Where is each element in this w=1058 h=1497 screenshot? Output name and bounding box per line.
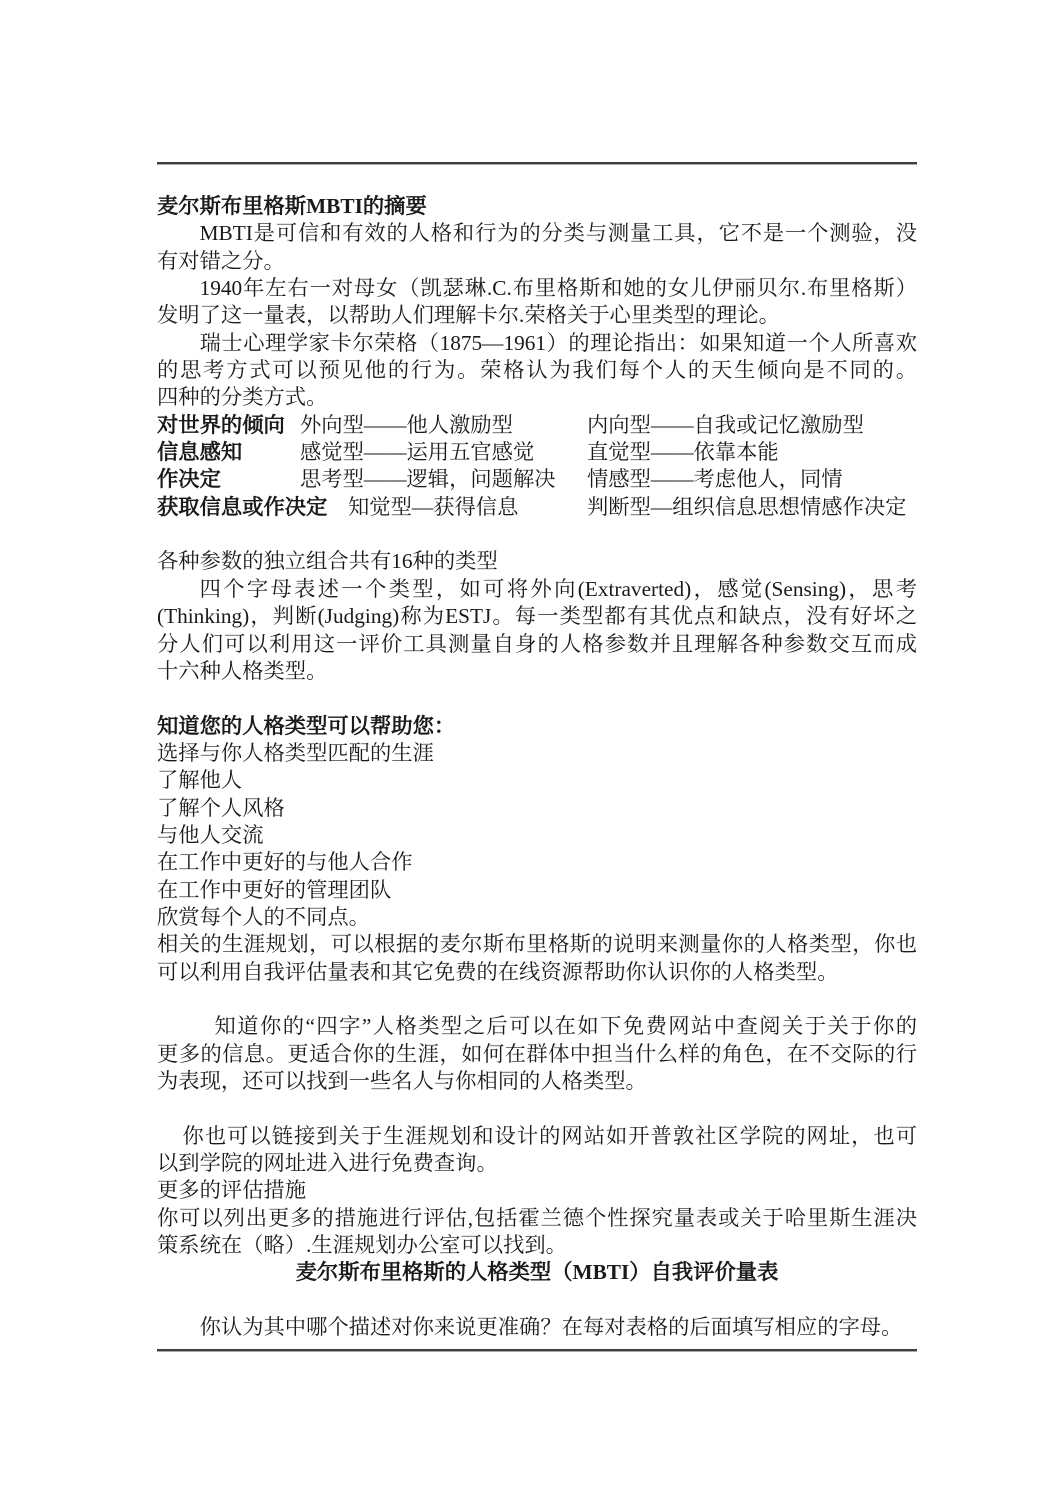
text-line: 十六种人格类型。 [157,658,917,685]
dimension-label: 对世界的倾向 [157,413,285,437]
text-line: 在工作中更好的管理团队 [157,877,917,904]
top-rule [157,162,917,165]
blank-line [157,986,917,1013]
text-line: 麦尔斯布里格斯的人格类型（MBTI）自我评价量表 [157,1259,917,1286]
text-line: 你也可以链接到关于生涯规划和设计的网站如开普敦社区学院的网址，也可 [157,1123,917,1150]
text-line: 知道您的人格类型可以帮助您： [157,713,917,740]
text-line: 各种参数的独立组合共有16种的类型 [157,548,917,575]
blank-line [157,1095,917,1122]
text-line: 1940年左右一对母女（凯瑟琳.C.布里格斯和她的女儿伊丽贝尔.布里格斯） [157,275,917,302]
text-line: 有对错之分。 [157,248,917,275]
text-line: 在工作中更好的与他人合作 [157,849,917,876]
document-page: 麦尔斯布里格斯MBTI的摘要MBTI是可信和有效的人格和行为的分类与测量工具，它… [0,0,1058,1497]
text-line: 知道你的“四字”人格类型之后可以在如下免费网站中查阅关于关于你的 [157,1013,917,1040]
dimension-label: 获取信息或作决定 [157,495,327,519]
text-line: 相关的生涯规划，可以根据的麦尔斯布里格斯的说明来测量你的人格类型，你也 [157,931,917,958]
text-line: 你认为其中哪个描述对你来说更准确？在每对表格的后面填写相应的字母。 [157,1314,917,1341]
dimension-option-1: 外向型——他人激励型 [300,412,513,439]
blank-line [157,521,917,548]
blank-line [157,685,917,712]
dimension-row: 作决定思考型——逻辑，问题解决情感型——考虑他人，同情 [157,466,917,493]
dimension-label: 信息感知 [157,440,242,464]
text-line: 选择与你人格类型匹配的生涯 [157,740,917,767]
dimension-option-2: 判断型—组织信息思想情感作决定 [587,494,906,521]
text-line: 为表现，还可以找到一些名人与你相同的人格类型。 [157,1068,917,1095]
text-line: 与他人交流 [157,822,917,849]
dimension-row: 对世界的倾向外向型——他人激励型内向型——自我或记忆激励型 [157,412,917,439]
dimension-label: 作决定 [157,467,221,491]
text-line: 了解个人风格 [157,795,917,822]
text-line: 以到学院的网址进入进行免费查询。 [157,1150,917,1177]
text-line: 可以利用自我评估量表和其它免费的在线资源帮助你认识你的人格类型。 [157,959,917,986]
dimension-row: 信息感知感觉型——运用五官感觉直觉型——依靠本能 [157,439,917,466]
text-line: (Thinking)，判断(Judging)称为ESTJ。每一类型都有其优点和缺… [157,603,917,630]
text-line: 策系统在（略）.生涯规划办公室可以找到。 [157,1232,917,1259]
text-line: 更多的信息。更适合你的生涯，如何在群体中担当什么样的角色，在不交际的行 [157,1041,917,1068]
dimension-option-2: 内向型——自我或记忆激励型 [587,412,864,439]
blank-line [157,1287,917,1314]
text-line: 欣赏每个人的不同点。 [157,904,917,931]
document-body: 麦尔斯布里格斯MBTI的摘要MBTI是可信和有效的人格和行为的分类与测量工具，它… [157,193,917,1341]
text-line: 发明了这一量表，以帮助人们理解卡尔.荣格关于心里类型的理论。 [157,302,917,329]
text-line: 四个字母表述一个类型，如可将外向(Extraverted)，感觉(Sensing… [157,576,917,603]
dimension-option-1: 思考型——逻辑，问题解决 [300,466,556,493]
text-line: MBTI是可信和有效的人格和行为的分类与测量工具，它不是一个测验，没 [157,220,917,247]
dimension-option-1: 感觉型——运用五官感觉 [300,439,534,466]
text-line: 的思考方式可以预见他的行为。荣格认为我们每个人的天生倾向是不同的。 [157,357,917,384]
dimension-option-2: 情感型——考虑他人，同情 [587,466,843,493]
text-line: 麦尔斯布里格斯MBTI的摘要 [157,193,917,220]
text-line: 更多的评估措施 [157,1177,917,1204]
text-line: 瑞士心理学家卡尔荣格（1875—1961）的理论指出：如果知道一个人所喜欢 [157,330,917,357]
text-line: 了解他人 [157,767,917,794]
dimension-option-1: 知觉型—获得信息 [348,494,518,521]
text-line: 分人们可以利用这一评价工具测量自身的人格参数并且理解各种参数交互而成 [157,631,917,658]
text-line: 四种的分类方式。 [157,384,917,411]
text-line: 你可以列出更多的措施进行评估,包括霍兰德个性探究量表或关于哈里斯生涯决 [157,1205,917,1232]
dimension-row: 获取信息或作决定知觉型—获得信息判断型—组织信息思想情感作决定 [157,494,917,521]
dimension-option-2: 直觉型——依靠本能 [587,439,779,466]
bottom-rule [157,1349,917,1352]
